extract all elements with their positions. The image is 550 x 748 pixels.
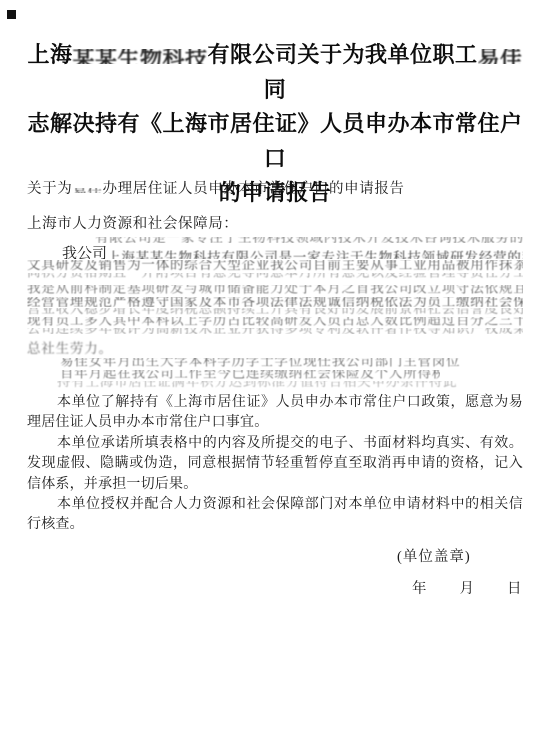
degraded-scan-line: 公司连续多年被评为高新技术企业并获得多项专利及软件著作权等知识产权成果 <box>27 328 523 334</box>
subject-line: 关于为易佳办理居住证人员申办本市常住户口的申请报告 <box>27 177 405 198</box>
subject-text: 办理居住证人员申办本市常住户口的申请报告 <box>103 181 405 197</box>
title-line-2: 志解决持有《上海市居住证》人员申办本市常住户口 <box>25 107 525 176</box>
body-line: 行核查。 <box>27 515 523 535</box>
degraded-scan-line: 持有上海市居住证满年积分达到标准分值符合相关申办条件特此提出申请 <box>57 381 457 388</box>
date-line: 年 月 日 <box>412 577 522 598</box>
date-month-label: 月 <box>460 577 475 598</box>
title-text: 上海 <box>27 42 72 67</box>
title-line-1: 上海某某生物科技有限公司关于为我单位职工易佳同 <box>25 38 525 107</box>
degraded-scan-line: 易佳女年月出生大学本科学历学士学位现任我公司部门主管岗位工作 <box>60 358 460 368</box>
degraded-paragraph-start: 我公司上海某某生物科技有限公司是一家专注于生物科技领域研发经营的科技型企业 <box>62 242 523 259</box>
paragraph-intro: 我公司 <box>62 246 107 259</box>
body-line: 本单位授权并配合人力资源和社会保障部门对本单位申请材料中的相关信息进 <box>27 495 523 515</box>
body-line: 本单位了解持有《上海市居住证》人员申办本市常住户口政策，愿意为易佳办 <box>27 393 523 413</box>
body-paragraphs: 本单位了解持有《上海市居住证》人员申办本市常住户口政策，愿意为易佳办 理居住证人… <box>27 393 523 536</box>
redacted-person-name-small: 易佳 <box>72 188 102 193</box>
body-line: 信体系，并承担一切后果。 <box>27 475 523 495</box>
title-text: 有限公司关于为我单位职工 <box>208 42 478 67</box>
stamp-label: (单位盖章) <box>397 545 471 566</box>
date-year-label: 年 <box>412 577 427 598</box>
degraded-scan-line: 经营管理规范严格遵守国家及本市各项法律法规诚信纳税依法为员工缴纳社会保险 <box>27 297 523 307</box>
body-line: 本单位承诺所填表格中的内容及所提交的电子、书面材料均真实、有效。一旦 <box>27 434 523 454</box>
scan-artifact-square <box>7 10 16 19</box>
degraded-scan-line: 间积分资格期且一并附项目有意见等同意本月所有意见以及经验管理等责任分工 <box>27 273 523 279</box>
subject-text: 关于为 <box>27 181 72 197</box>
redacted-person-name: 易佳 <box>478 49 523 64</box>
degraded-scan-line: 文具研发及销售为一体的综合大型企业我公司目前主要从事工业用品被用作抹茶上 <box>27 260 523 271</box>
degraded-scan-line: 现有员工多人其中本科以上学历占比较高研发人员占总人数比例超过百分之三十 <box>27 317 523 327</box>
degraded-scan-line: 营业收入稳步增长年度纳税总额持续上升具有良好的发展前景和社会信誉度良好 <box>27 308 523 315</box>
degraded-scan-line: 自年月起在我公司工作至今已连续缴纳社会保险及个人所得税符合条件 <box>60 370 440 380</box>
document-page: 上海某某生物科技有限公司关于为我单位职工易佳同 志解决持有《上海市居住证》人员申… <box>0 0 550 748</box>
body-line: 发现虚假、隐瞒或伪造，同意根据情节轻重暂停直至取消再申请的资格，记入社会征 <box>27 454 523 474</box>
date-day-label: 日 <box>507 577 522 598</box>
degraded-scan-line: 上海某某生物科技有限公司是一家专注于生物科技领域研发经营的科技型企业 <box>107 250 523 259</box>
recipient-line: 上海市人力资源和社会保障局： <box>27 212 238 233</box>
title-text: 同 <box>264 77 287 102</box>
redacted-company-name: 某某生物科技 <box>72 49 207 64</box>
degraded-scan-line: 一 一 一一 一 一 一 一 一 一 一 一 <box>65 351 375 355</box>
body-line: 理居住证人员申办本市常住户口事宜。 <box>27 413 523 433</box>
degraded-scan-line: 我是从前科制定基项研发与城市储备能力处于本月之首我公司改立项守法依规且以 <box>27 285 523 295</box>
